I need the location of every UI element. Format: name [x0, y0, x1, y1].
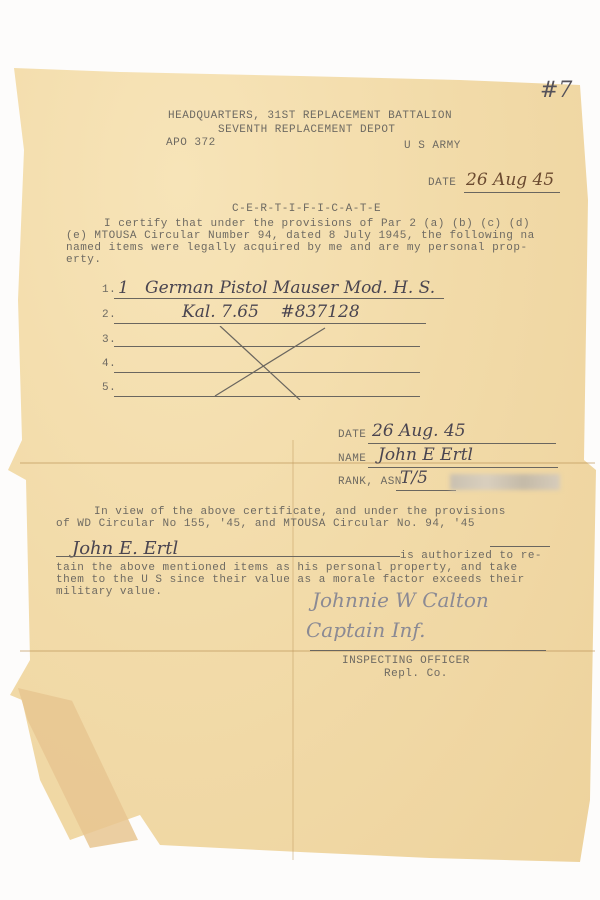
officer-signature: Johnnie W Calton [312, 588, 489, 612]
certify-line4: erty. [66, 254, 102, 266]
header-line2: SEVENTH REPLACEMENT DEPOT [218, 124, 396, 136]
officer-line [310, 650, 546, 651]
officer-rank: Captain Inf. [306, 618, 425, 642]
name-label: NAME [338, 453, 366, 465]
certify-line2: (e) MTOUSA Circular Number 94, dated 8 J… [66, 230, 535, 242]
item-number: 4. [102, 358, 116, 370]
rank-underline [396, 490, 456, 491]
item-value: 1 German Pistol Mauser Mod. H. S. [118, 278, 435, 298]
rank-value: T/5 [400, 468, 428, 488]
item-value: Kal. 7.65 #837128 [182, 302, 360, 322]
file-number: #7 [540, 78, 572, 103]
name-value: John E Ertl [378, 445, 473, 465]
header-line1: HEADQUARTERS, 31ST REPLACEMENT BATTALION [168, 110, 452, 122]
auth-line2: of WD Circular No 155, '45, and MTOUSA C… [56, 518, 475, 530]
certificate-title: C-E-R-T-I-F-I-C-A-T-E [232, 203, 381, 215]
item-number: 1. [102, 284, 116, 296]
certify-line1: I certify that under the provisions of P… [104, 218, 530, 230]
item-line [114, 323, 426, 324]
auth-underline [490, 546, 550, 547]
item-number: 2. [102, 309, 116, 321]
sig-date-label: DATE [338, 429, 366, 441]
item-number: 5. [102, 382, 116, 394]
item-line [114, 298, 444, 299]
name-line [56, 556, 400, 557]
fold-line [20, 462, 595, 464]
auth-line1: In view of the above certificate, and un… [94, 506, 506, 518]
certify-line3: named items were legally acquired by me … [66, 242, 528, 254]
auth-line4: tain the above mentioned items as his pe… [56, 562, 518, 574]
rank-label: RANK, ASN [338, 476, 402, 488]
sig-date-value: 26 Aug. 45 [372, 421, 466, 441]
header-army: U S ARMY [404, 140, 461, 152]
cross-out-mark [200, 326, 330, 400]
item-number: 3. [102, 334, 116, 346]
auth-line5: them to the U S since their value as a m… [56, 574, 525, 586]
date-value: 26 Aug 45 [466, 170, 554, 190]
fold-line [292, 440, 294, 860]
officer-title: INSPECTING OFFICER [342, 655, 470, 667]
auth-line6: military value. [56, 586, 163, 598]
auth-line3: is authorized to re- [400, 550, 542, 562]
redacted-asn [450, 474, 560, 490]
header-apo: APO 372 [166, 137, 216, 149]
officer-unit: Repl. Co. [384, 668, 448, 680]
date-label: DATE [428, 177, 456, 189]
name-underline [368, 467, 558, 468]
sig-date-underline [368, 443, 556, 444]
date-underline [464, 192, 560, 193]
